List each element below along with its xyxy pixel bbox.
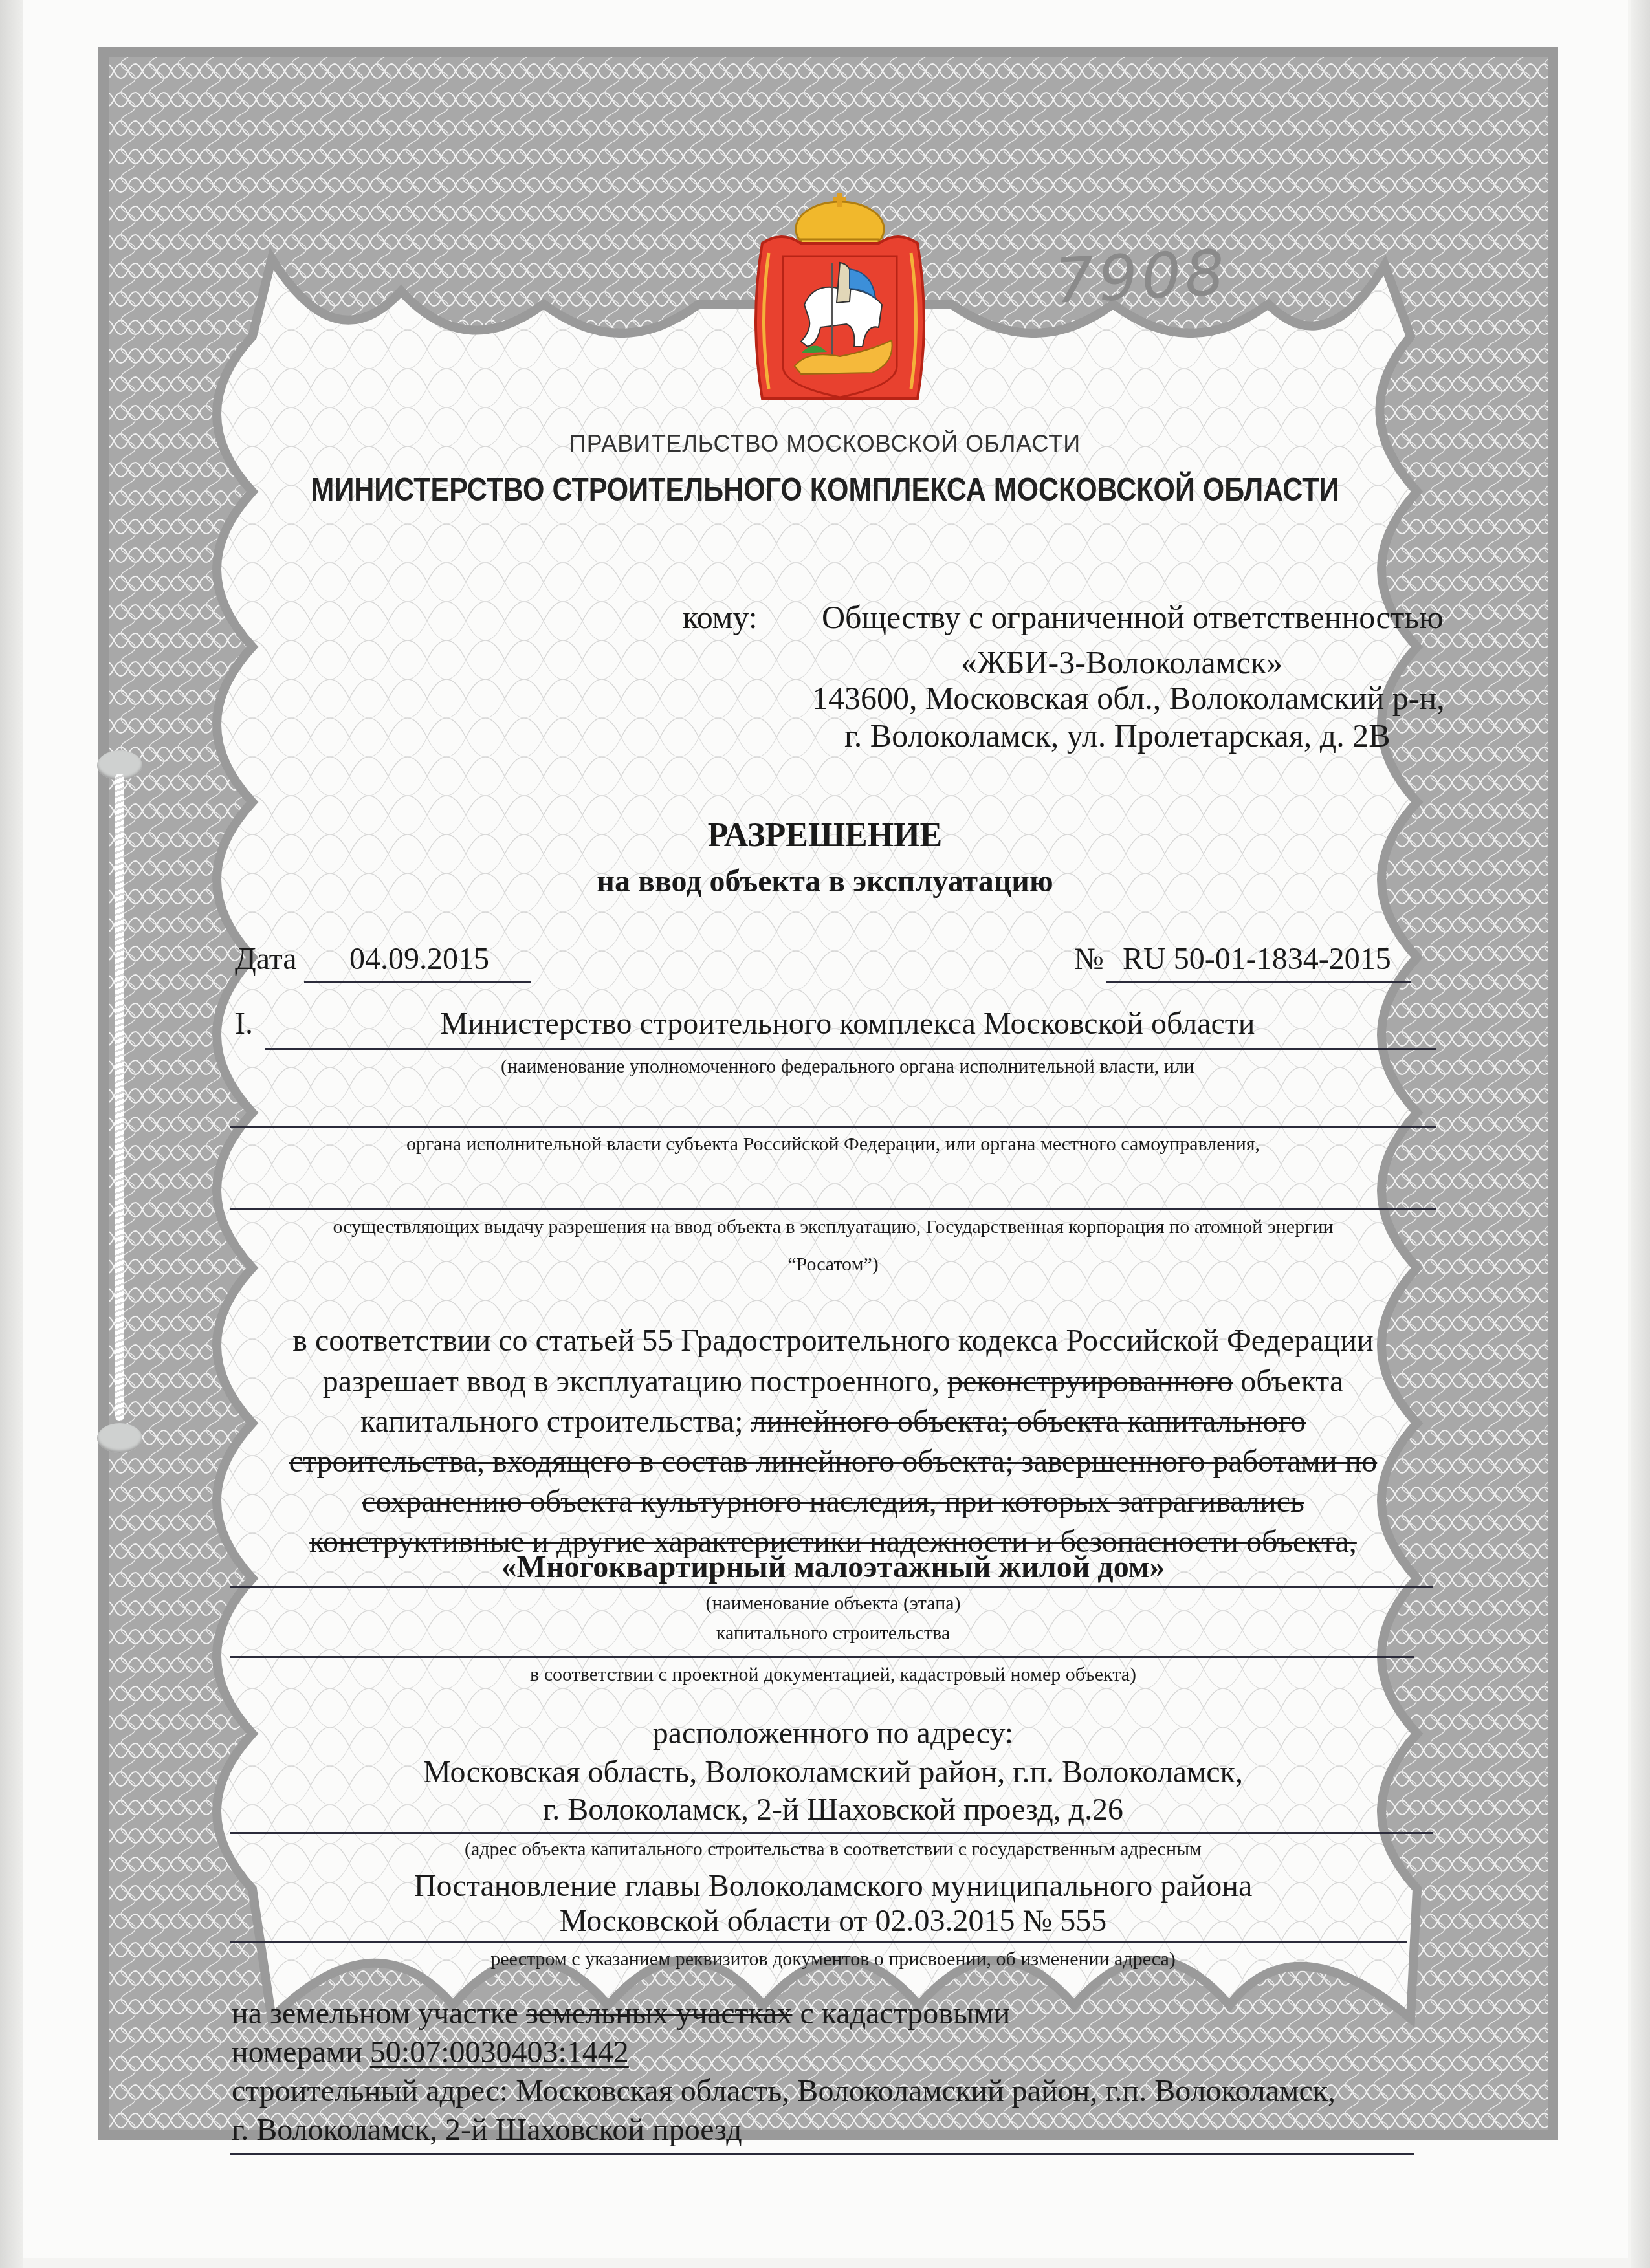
government-heading: ПРАВИТЕЛЬСТВО МОСКОВСКОЙ ОБЛАСТИ	[0, 430, 1650, 457]
authority-caption-4: “Росатом”)	[230, 1254, 1436, 1276]
address-line-2: г. Волоколамск, 2-й Шаховской проезд, д.…	[230, 1792, 1436, 1827]
binding-hole-bottom	[97, 1423, 142, 1453]
permit-number: RU 50-01-1834-2015	[1123, 941, 1391, 977]
address-line-1: Московская область, Волоколамский район,…	[230, 1754, 1436, 1790]
struck-text: реконструированного	[947, 1364, 1233, 1399]
section-number: I.	[235, 1006, 253, 1041]
permission-line-3: капитального строительства; линейного об…	[230, 1404, 1436, 1439]
coat-of-arms-icon	[743, 191, 937, 411]
document-subtitle: на ввод объекта в эксплуатацию	[0, 864, 1650, 899]
struck-text: линейного объекта; объекта капитального	[751, 1404, 1306, 1439]
decree-line-1: Постановление главы Волоколамского муниц…	[230, 1868, 1436, 1904]
recipient-label: кому:	[683, 598, 758, 636]
permission-line-5: сохранению объекта культурного наследия,…	[230, 1484, 1436, 1520]
land-line-3: строительный адрес: Московская область, …	[232, 2073, 1336, 2109]
authority-caption-3: осуществляющих выдачу разрешения на ввод…	[230, 1216, 1436, 1238]
land-line-1: на земельном участке земельных участках …	[232, 1996, 1010, 2031]
address-label: расположенного по адресу:	[230, 1716, 1436, 1751]
number-label: №	[1074, 941, 1104, 977]
issuing-authority: Министерство строительного комплекса Мос…	[265, 1006, 1430, 1041]
ministry-heading: МИНИСТЕРСТВО СТРОИТЕЛЬНОГО КОМПЛЕКСА МОС…	[116, 471, 1535, 508]
object-caption-3: в соответствии с проектной документацией…	[230, 1664, 1436, 1686]
date-label: Дата	[235, 941, 297, 977]
permission-line-2: разрешает ввод в эксплуатацию построенно…	[230, 1364, 1436, 1399]
struck-text: земельных участках	[526, 1996, 792, 2031]
object-caption-2: капитального строительства	[230, 1622, 1436, 1644]
permission-line-4: строительства, входящего в состав линейн…	[230, 1444, 1436, 1479]
recipient-line-1: Обществу с ограниченной ответственностью	[822, 598, 1444, 636]
date-value: 04.09.2015	[349, 941, 489, 977]
land-line-4: г. Волоколамск, 2-й Шаховской проезд	[232, 2112, 742, 2148]
document-title: РАЗРЕШЕНИЕ	[0, 816, 1650, 855]
address-caption-2: реестром с указанием реквизитов документ…	[230, 1948, 1436, 1970]
land-line-2: номерами 50:07:0030403:1442	[232, 2034, 629, 2070]
decree-line-2: Московской области от 02.03.2015 № 555	[230, 1903, 1436, 1939]
authority-caption-1: (наименование уполномоченного федерально…	[265, 1056, 1430, 1078]
handwritten-number: 7908	[1053, 236, 1230, 318]
cadastral-number: 50:07:0030403:1442	[370, 2035, 629, 2069]
recipient-line-4: г. Волоколамск, ул. Пролетарская, д. 2В	[844, 717, 1391, 754]
address-caption-1: (адрес объекта капитального строительств…	[230, 1838, 1436, 1860]
object-name: «Многоквартирный малоэтажный жилой дом»	[230, 1549, 1436, 1585]
authority-caption-2: органа исполнительной власти субъекта Ро…	[230, 1133, 1436, 1155]
permission-line-1: в соответствии со статьей 55 Градостроит…	[230, 1323, 1436, 1358]
recipient-line-3: 143600, Московская обл., Волоколамский р…	[812, 679, 1445, 717]
recipient-line-2: «ЖБИ-3-Волоколамск»	[961, 644, 1282, 681]
object-caption-1: (наименование объекта (этапа)	[230, 1593, 1436, 1615]
